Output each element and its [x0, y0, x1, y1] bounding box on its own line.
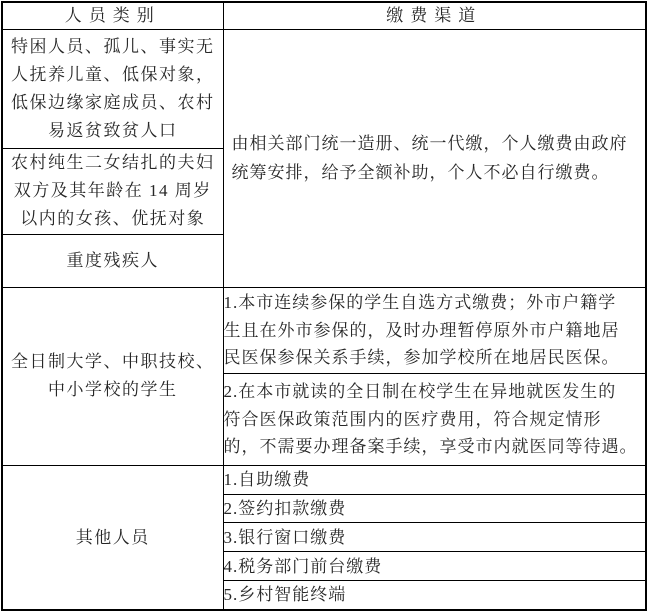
channel-bank-counter: 3.银行窗口缴费 [223, 523, 646, 552]
table-header-row: 人员类别 缴费渠道 [2, 2, 646, 30]
channel-students-remote-medical: 2.在本市就读的全日制在校学生在异地就医发生的 符合医保政策范围内的医疗费用，符… [223, 373, 646, 465]
category-severely-disabled: 重度残疾人 [2, 234, 223, 287]
table-row: 全日制大学、中职技校、 中小学校的学生 1.本市连续参保的学生自选方式缴费；外市… [2, 287, 646, 373]
payment-channel-table: 人员类别 缴费渠道 特困人员、孤儿、事实无 人抚养儿童、低保对象， 低保边缘家庭… [1, 1, 647, 611]
header-personnel-category: 人员类别 [2, 2, 223, 30]
category-other-personnel: 其他人员 [2, 466, 223, 610]
document-page: 人员类别 缴费渠道 特困人员、孤儿、事实无 人抚养儿童、低保对象， 低保边缘家庭… [0, 0, 647, 613]
channel-tax-office-counter: 4.税务部门前台缴费 [223, 552, 646, 581]
channel-contract-deduction: 2.签约扣款缴费 [223, 494, 646, 523]
channel-government-unified-payment: 由相关部门统一造册、统一代缴，个人缴费由政府 统筹安排，给予全额补助，个人不必自… [223, 30, 646, 288]
table-row: 特困人员、孤儿、事实无 人抚养儿童、低保对象， 低保边缘家庭成员、农村 易返贫致… [2, 30, 646, 149]
category-rural-two-daughter-couples: 农村纯生二女结扎的夫妇 双方及其年龄在 14 周岁 以内的女孩、优抚对象 [2, 149, 223, 234]
category-poverty-groups: 特困人员、孤儿、事实无 人抚养儿童、低保对象， 低保边缘家庭成员、农村 易返贫致… [2, 30, 223, 149]
channel-students-self-pay: 1.本市连续参保的学生自选方式缴费；外市户籍学 生且在外市参保的，及时办理暂停原… [223, 287, 646, 373]
header-payment-channel: 缴费渠道 [223, 2, 646, 30]
channel-rural-smart-terminal: 5.乡村智能终端 [223, 581, 646, 610]
table-row: 其他人员 1.自助缴费 [2, 466, 646, 495]
category-students: 全日制大学、中职技校、 中小学校的学生 [2, 287, 223, 465]
channel-self-service: 1.自助缴费 [223, 466, 646, 495]
